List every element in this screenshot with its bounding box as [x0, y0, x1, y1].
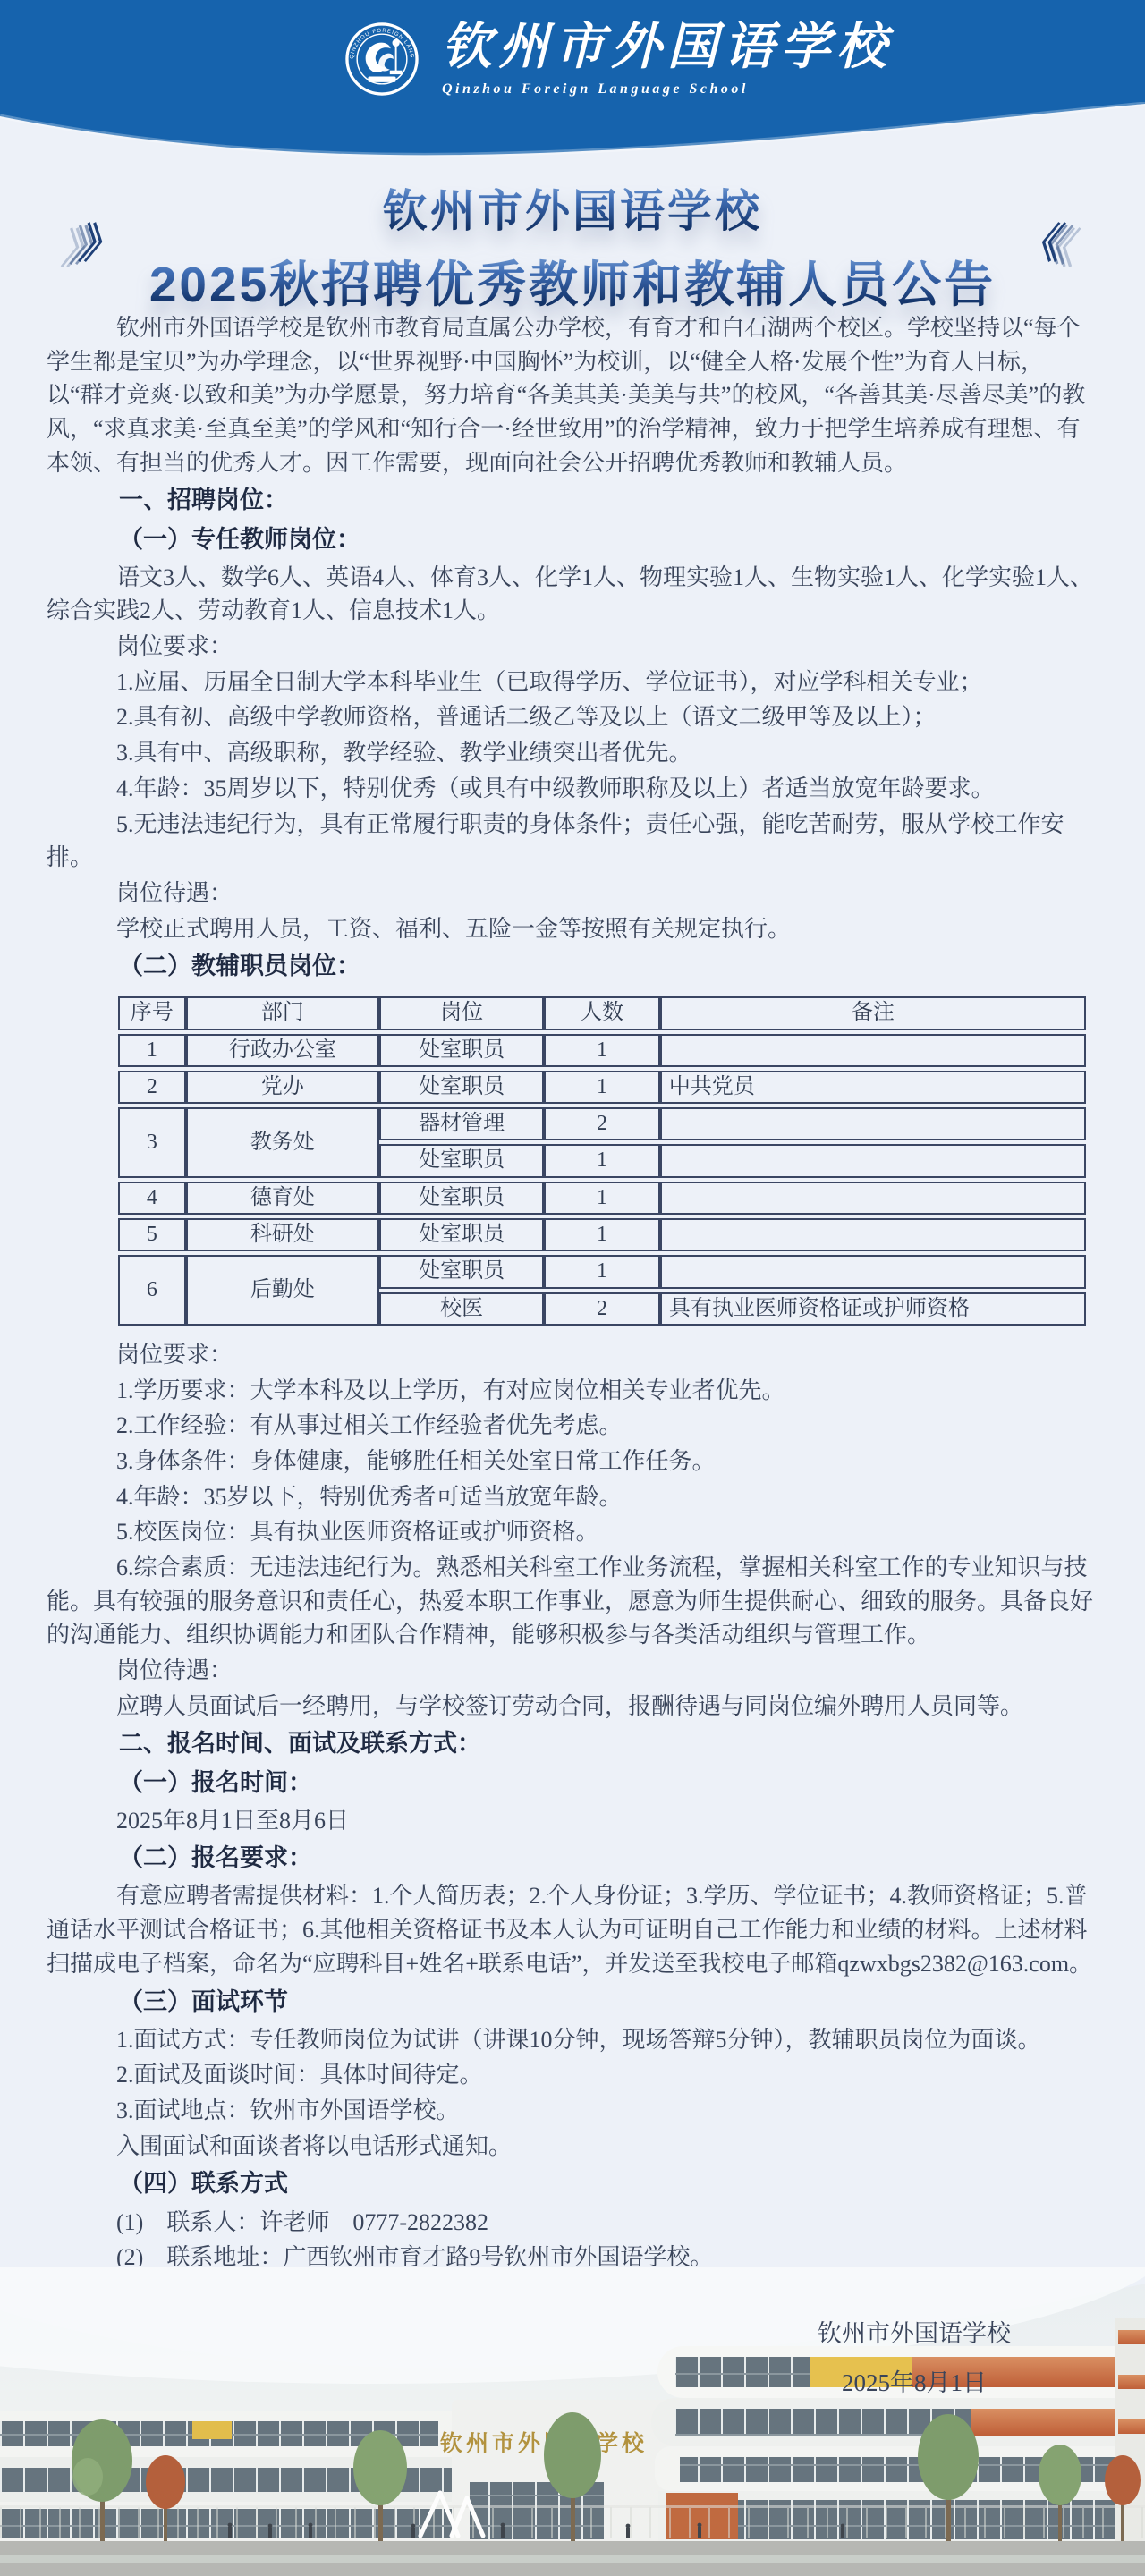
table-cell: 1 [544, 1144, 660, 1177]
paragraph: 学校正式聘用人员，工资、福利、五险一金等按照有关规定执行。 [47, 912, 1098, 946]
paragraph: 有意应聘者需提供材料：1.个人简历表；2.个人身份证；3.学历、学位证书；4.教… [47, 1879, 1098, 1980]
table-cell: 处室职员 [379, 1144, 544, 1177]
building-caption: 钦州市外国语学校 [440, 2430, 648, 2456]
table-cell: 5 [118, 1218, 186, 1251]
table-cell: 处室职员 [379, 1218, 544, 1251]
table-cell [660, 1107, 1086, 1140]
table-cell [660, 1218, 1086, 1251]
paragraph: 3.面试地点：钦州市外国语学校。 [47, 2094, 1098, 2128]
paragraph: 4.年龄：35岁以下，特别优秀者可适当放宽年龄。 [47, 1480, 1098, 1514]
table-cell [660, 1255, 1086, 1288]
section-heading: （一）报名时间： [47, 1766, 1098, 1801]
paragraph: 5.无违法违纪行为，具有正常履行职责的身体条件；责任心强，能吃苦耐劳，服从学校工… [47, 808, 1098, 875]
header-brand: QINZHOU FOREIGN LANGUAGE SCHOOL 钦州市外国语学校… [345, 21, 893, 97]
table-row: 1行政办公室处室职员1 [118, 1034, 1086, 1067]
paragraph: 1.面试方式：专任教师岗位为试讲（讲课10分钟，现场答辩5分钟），教辅职员岗位为… [47, 2023, 1098, 2057]
table-cell: 1 [544, 1182, 660, 1215]
paragraph: 3.具有中、高级职称，教学经验、教学业绩突出者优先。 [47, 736, 1098, 770]
table-cell: 党办 [186, 1071, 379, 1104]
logo-banner-icon [368, 77, 395, 82]
footer-signature: 钦州市外国语学校 [818, 2309, 1011, 2359]
paragraph: 2025年8月1日至8月6日 [47, 1804, 1098, 1838]
table-cell: 2 [544, 1292, 660, 1326]
paragraph: 岗位待遇： [47, 1654, 1098, 1688]
svg-text:QINZHOU FOREIGN LANGUAGE SCHOO: QINZHOU FOREIGN LANGUAGE SCHOOL [345, 22, 414, 59]
announcement-page: QINZHOU FOREIGN LANGUAGE SCHOOL 钦州市外国语学校… [0, 0, 1145, 2576]
header-banner: QINZHOU FOREIGN LANGUAGE SCHOOL 钦州市外国语学校… [0, 0, 1145, 172]
paragraph: 语文3人、数学6人、英语4人、体育3人、化学1人、物理实验1人、生物实验1人、化… [47, 561, 1098, 628]
table-cell: 4 [118, 1182, 186, 1215]
paragraph: 5.校医岗位：具有执业医师资格证或护师资格。 [47, 1515, 1098, 1549]
paragraph: 岗位要求： [47, 1338, 1098, 1372]
paragraph: 4.年龄：35周岁以下，特别优秀（或具有中级教师职称及以上）者适当放宽年龄要求。 [47, 772, 1098, 806]
table-cell [660, 1034, 1086, 1067]
paragraph: 应聘人员面试后一经聘用，与学校签订劳动合同，报酬待遇与同岗位编外聘用人员同等。 [47, 1690, 1098, 1724]
table-cell: 器材管理 [379, 1107, 544, 1140]
paragraph: 钦州市外国语学校是钦州市教育局直属公办学校，有育才和白石湖两个校区。学校坚持以“… [47, 311, 1098, 479]
paragraph: 1.应届、历届全日制大学本科毕业生（已取得学历、学位证书），对应学科相关专业； [47, 665, 1098, 699]
table-cell: 处室职员 [379, 1034, 544, 1067]
paragraph: 2.具有初、高级中学教师资格，普通话二级乙等及以上（语文二级甲等及以上）； [47, 700, 1098, 734]
table-header-cell: 序号 [118, 996, 186, 1030]
section-heading: （四）联系方式 [47, 2166, 1098, 2201]
paragraph: 1.学历要求：大学本科及以上学历，有对应岗位相关专业者优先。 [47, 1374, 1098, 1408]
section-heading: 二、报名时间、面试及联系方式： [47, 1726, 1098, 1761]
school-name-english: Qinzhou Foreign Language School [442, 81, 893, 97]
paragraph: (2) 联系地址：广西钦州市育才路9号钦州市外国语学校。 [47, 2241, 1098, 2266]
table-cell: 校医 [379, 1292, 544, 1326]
table-cell: 具有执业医师资格证或护师资格 [660, 1292, 1086, 1326]
paragraph: 2.面试及面谈时间：具体时间待定。 [47, 2058, 1098, 2092]
table-row: 3教务处器材管理2 [118, 1107, 1086, 1140]
table-cell: 科研处 [186, 1218, 379, 1251]
table-cell: 行政办公室 [186, 1034, 379, 1067]
table-cell: 3 [118, 1107, 186, 1178]
paragraph: 岗位待遇： [47, 877, 1098, 911]
table-row: 2党办处室职员1中共党员 [118, 1071, 1086, 1104]
section-heading: 一、招聘岗位： [47, 483, 1098, 518]
table-header-cell: 部门 [186, 996, 379, 1030]
table-header-cell: 备注 [660, 996, 1086, 1030]
table-cell [660, 1144, 1086, 1177]
positions-table: 序号部门岗位人数备注 1行政办公室处室职员12党办处室职员1中共党员3教务处器材… [118, 993, 1086, 1328]
title-line1: 钦州市外国语学校 [0, 175, 1145, 240]
table-cell: 教务处 [186, 1107, 379, 1178]
footer-date: 2025年8月1日 [818, 2359, 1011, 2408]
table-cell: 6 [118, 1255, 186, 1326]
paragraph: (1) 联系人：许老师 0777-2822382 [47, 2206, 1098, 2240]
table-cell: 1 [544, 1071, 660, 1104]
table-cell: 处室职员 [379, 1182, 544, 1215]
section-heading: （一）专任教师岗位： [47, 522, 1098, 557]
table-cell: 1 [544, 1255, 660, 1288]
logo-arc-text: QINZHOU FOREIGN LANGUAGE SCHOOL [345, 22, 414, 59]
section-recruitment-positions: 钦州市外国语学校是钦州市教育局直属公办学校，有育才和白石湖两个校区。学校坚持以“… [47, 311, 1098, 984]
header-curve [0, 102, 1145, 172]
table-cell: 德育处 [186, 1182, 379, 1215]
table-cell: 后勤处 [186, 1255, 379, 1326]
paragraph: 2.工作经验：有从事过相关工作经验者优先考虑。 [47, 1409, 1098, 1443]
announcement-title: 》 钦州市外国语学校 2025秋招聘优秀教师和教辅人员公告 《 [0, 175, 1145, 316]
paragraph: 入围面试和面谈者将以电话形式通知。 [47, 2130, 1098, 2164]
section-heading: （二）教辅职员岗位： [47, 949, 1098, 984]
table-cell: 1 [544, 1034, 660, 1067]
table-cell: 2 [544, 1107, 660, 1140]
table-header-cell: 人数 [544, 996, 660, 1030]
table-cell: 1 [118, 1034, 186, 1067]
logo-fish-icon [378, 54, 394, 72]
paragraph: 岗位要求： [47, 630, 1098, 664]
school-logo-icon: QINZHOU FOREIGN LANGUAGE SCHOOL [345, 22, 419, 96]
table-row: 5科研处处室职员1 [118, 1218, 1086, 1251]
paragraph: 6.综合素质：无违法违纪行为。熟悉相关科室工作业务流程，掌握相关科室工作的专业知… [47, 1551, 1098, 1652]
announcement-body: 钦州市外国语学校是钦州市教育局直属公办学校，有育才和白石湖两个校区。学校坚持以“… [47, 311, 1098, 2266]
section-application-and-contact: 岗位要求：1.学历要求：大学本科及以上学历，有对应岗位相关专业者优先。2.工作经… [47, 1338, 1098, 2266]
table-cell: 处室职员 [379, 1071, 544, 1104]
title-line2: 2025秋招聘优秀教师和教辅人员公告 [0, 245, 1145, 316]
table-row: 6后勤处处室职员1 [118, 1255, 1086, 1288]
section-heading: （三）面试环节 [47, 1985, 1098, 2020]
paragraph: 3.身体条件：身体健康，能够胜任相关处室日常工作任务。 [47, 1445, 1098, 1479]
table-cell [660, 1182, 1086, 1215]
footer-signoff: 钦州市外国语学校 2025年8月1日 [818, 2309, 1011, 2409]
table-header-cell: 岗位 [379, 996, 544, 1030]
section-heading: （二）报名要求： [47, 1841, 1098, 1876]
table-cell: 1 [544, 1218, 660, 1251]
table-cell: 2 [118, 1071, 186, 1104]
table-row: 4德育处处室职员1 [118, 1182, 1086, 1215]
school-name-calligraphy: 钦州市外国语学校 [442, 21, 893, 74]
photo-ground [0, 2536, 1145, 2576]
table-cell: 处室职员 [379, 1255, 544, 1288]
table-cell: 中共党员 [660, 1071, 1086, 1104]
